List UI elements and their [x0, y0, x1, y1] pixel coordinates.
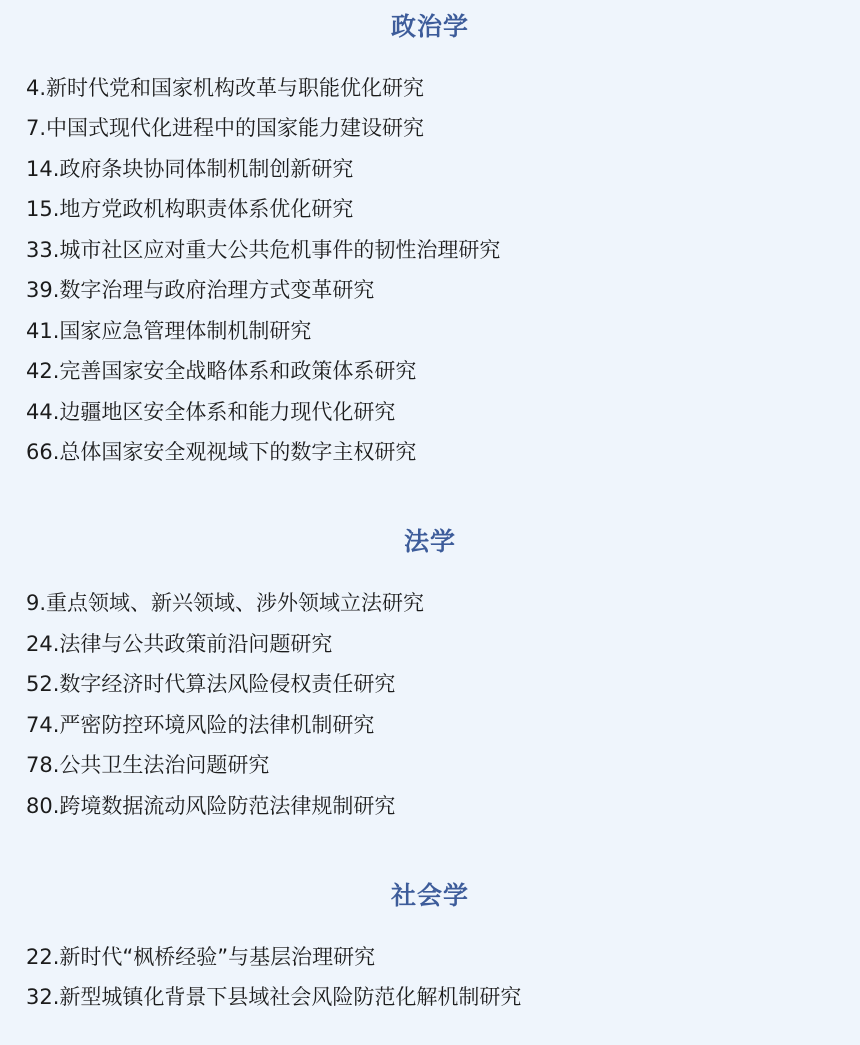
section-title-political-science: 政治学 [0, 12, 860, 42]
list-item: 78.公共卫生法治问题研究 [26, 752, 269, 778]
list-item: 32.新型城镇化背景下县域社会风险防范化解机制研究 [26, 984, 521, 1010]
list-item: 52.数字经济时代算法风险侵权责任研究 [26, 671, 395, 697]
list-item: 41.国家应急管理体制机制研究 [26, 318, 311, 344]
section-title-sociology: 社会学 [0, 881, 860, 911]
topic-list-page: 政治学 4.新时代党和国家机构改革与职能优化研究 7.中国式现代化进程中的国家能… [0, 0, 860, 1045]
list-item: 42.完善国家安全战略体系和政策体系研究 [26, 358, 416, 384]
list-item: 7.中国式现代化进程中的国家能力建设研究 [26, 115, 424, 141]
list-item: 24.法律与公共政策前沿问题研究 [26, 631, 332, 657]
list-item: 66.总体国家安全观视域下的数字主权研究 [26, 439, 416, 465]
list-item: 44.边疆地区安全体系和能力现代化研究 [26, 399, 395, 425]
list-item: 33.城市社区应对重大公共危机事件的韧性治理研究 [26, 237, 500, 263]
list-item: 15.地方党政机构职责体系优化研究 [26, 196, 353, 222]
list-item: 14.政府条块协同体制机制创新研究 [26, 156, 353, 182]
list-item: 9.重点领域、新兴领域、涉外领域立法研究 [26, 590, 424, 616]
list-item: 74.严密防控环境风险的法律机制研究 [26, 712, 374, 738]
list-item: 22.新时代“枫桥经验”与基层治理研究 [26, 944, 375, 970]
section-title-law: 法学 [0, 527, 860, 557]
list-item: 4.新时代党和国家机构改革与职能优化研究 [26, 75, 424, 101]
list-item: 80.跨境数据流动风险防范法律规制研究 [26, 793, 395, 819]
list-item: 39.数字治理与政府治理方式变革研究 [26, 277, 374, 303]
